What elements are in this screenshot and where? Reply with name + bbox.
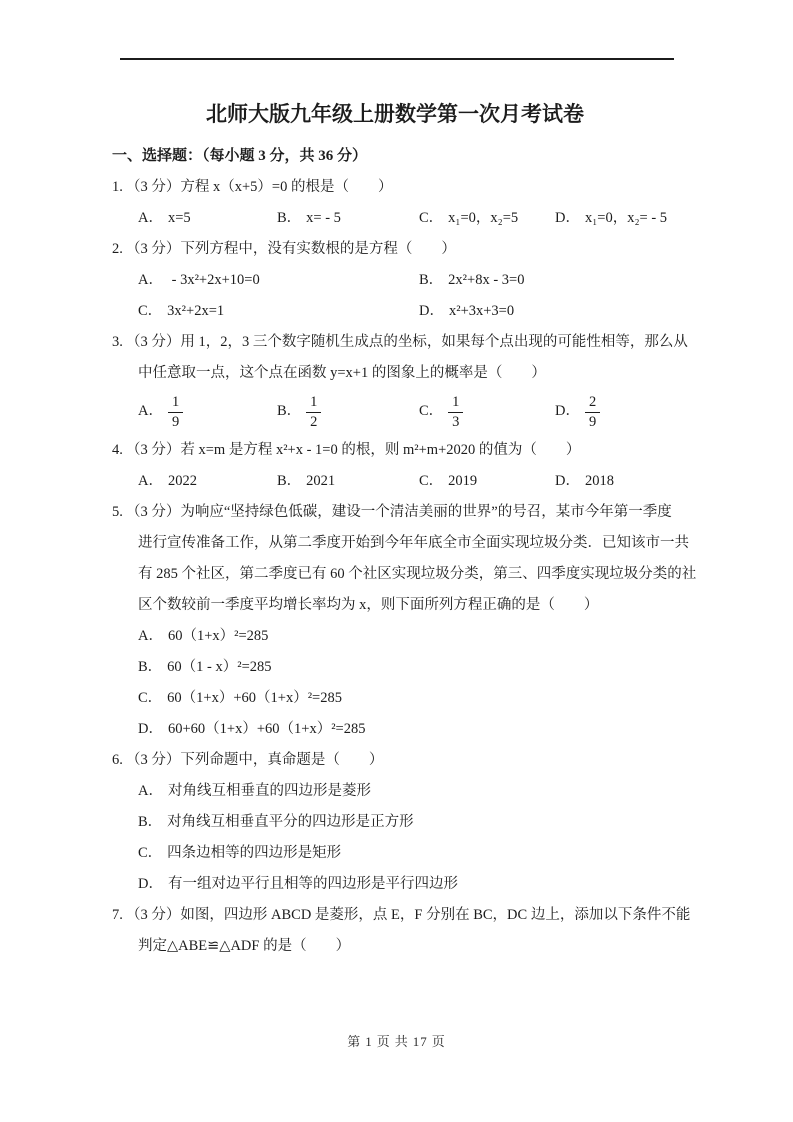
option-text: 2021 <box>306 473 335 489</box>
option-label: A． <box>138 403 163 419</box>
option-b: B．x= - 5 <box>277 203 419 234</box>
option-label: A． <box>138 210 163 226</box>
option-label: B． <box>277 210 301 226</box>
option-text: x= - 5 <box>306 210 341 226</box>
question-3-options: A．19 B．12 C．13 D．29 <box>138 389 678 435</box>
option-text: 60（1+x）²=285 <box>168 628 268 644</box>
question-1: 1.（3 分）方程 x（x+5）=0 的根是（ ） A．x=5 B．x= - 5… <box>112 172 678 234</box>
option-label: D． <box>555 473 580 489</box>
option-label: D． <box>138 876 163 892</box>
question-7: 7.（3 分）如图，四边形 ABCD 是菱形，点 E，F 分别在 BC，DC 边… <box>112 900 678 962</box>
option-label: B． <box>277 403 301 419</box>
option-text: x=5 <box>168 210 191 226</box>
question-4-options: A．2022 B．2021 C．2019 D．2018 <box>138 466 678 497</box>
option-text: 60（1 - x）²=285 <box>167 659 271 675</box>
option-label: A． <box>138 628 163 644</box>
option-text: - 3x²+2x+10=0 <box>168 272 260 288</box>
option-label: B． <box>419 272 443 288</box>
exam-document-page: 北师大版九年级上册数学第一次月考试卷 一、选择题：（每小题 3 分，共 36 分… <box>0 0 793 1122</box>
option-b: B．2x²+8x - 3=0 <box>419 265 678 296</box>
question-1-options: A．x=5 B．x= - 5 C．x₁=0，x₂=5 D．x₁=0，x₂= - … <box>138 203 678 234</box>
question-4-stem: 4.（3 分）若 x=m 是方程 x²+x - 1=0 的根，则 m²+m+20… <box>112 435 678 466</box>
fraction: 29 <box>585 394 600 431</box>
option-label: A． <box>138 272 163 288</box>
option-c: C．13 <box>419 394 555 431</box>
fraction-numerator: 2 <box>585 394 600 413</box>
option-label: D． <box>555 210 580 226</box>
question-stem-text: （3 分）方程 x（x+5）=0 的根是（ ） <box>126 179 392 195</box>
question-6-stem: 6.（3 分）下列命题中，真命题是（ ） <box>112 745 678 776</box>
question-1-stem: 1.（3 分）方程 x（x+5）=0 的根是（ ） <box>112 172 678 203</box>
fraction: 13 <box>448 394 463 431</box>
question-stem-text: （3 分）如图，四边形 ABCD 是菱形，点 E，F 分别在 BC，DC 边上，… <box>126 907 690 923</box>
option-text: 有一组对边平行且相等的四边形是平行四边形 <box>168 876 458 892</box>
option-text: 2x²+8x - 3=0 <box>448 272 524 288</box>
option-d: D．29 <box>555 394 678 431</box>
question-2-stem: 2.（3 分）下列方程中，没有实数根的是方程（ ） <box>112 234 678 265</box>
option-text: x₁=0，x₂= - 5 <box>585 210 667 226</box>
question-number: 7. <box>112 900 126 931</box>
fraction-denominator: 9 <box>585 413 600 431</box>
question-3-stem: 3.（3 分）用 1，2，3 三个数字随机生成点的坐标，如果每个点出现的可能性相… <box>112 327 678 358</box>
option-d: D．x²+3x+3=0 <box>419 296 678 327</box>
option-a: A．19 <box>138 394 277 431</box>
page-title: 北师大版九年级上册数学第一次月考试卷 <box>112 100 678 128</box>
fraction-denominator: 2 <box>306 413 321 431</box>
option-a: A．对角线互相垂直的四边形是菱形 <box>138 776 678 807</box>
fraction-denominator: 9 <box>168 413 183 431</box>
option-label: A． <box>138 473 163 489</box>
question-5-stem-cont: 进行宣传准备工作，从第二季度开始到今年年底全市全面实现垃圾分类．已知该市一共 <box>138 528 678 559</box>
option-label: D． <box>555 403 580 419</box>
option-c: C．2019 <box>419 466 555 497</box>
option-b: B．对角线互相垂直平分的四边形是正方形 <box>138 807 678 838</box>
question-2: 2.（3 分）下列方程中，没有实数根的是方程（ ） A． - 3x²+2x+10… <box>112 234 678 327</box>
option-text: 四条边相等的四边形是矩形 <box>167 845 341 861</box>
footer-label: 页 <box>432 1034 446 1049</box>
option-label: C． <box>419 210 443 226</box>
question-stem-text: （3 分）若 x=m 是方程 x²+x - 1=0 的根，则 m²+m+2020… <box>126 442 580 458</box>
option-label: A． <box>138 783 163 799</box>
question-6-options: A．对角线互相垂直的四边形是菱形 B．对角线互相垂直平分的四边形是正方形 C．四… <box>138 776 678 900</box>
question-6: 6.（3 分）下列命题中，真命题是（ ） A．对角线互相垂直的四边形是菱形 B．… <box>112 745 678 900</box>
question-4: 4.（3 分）若 x=m 是方程 x²+x - 1=0 的根，则 m²+m+20… <box>112 435 678 497</box>
option-text: 60+60（1+x）+60（1+x）²=285 <box>168 721 365 737</box>
option-text: 60（1+x）+60（1+x）²=285 <box>167 690 342 706</box>
question-number: 3. <box>112 327 126 358</box>
option-text: 2018 <box>585 473 614 489</box>
question-5-stem-cont: 区个数较前一季度平均增长率均为 x，则下面所列方程正确的是（ ） <box>138 590 678 621</box>
option-text: x²+3x+3=0 <box>449 303 514 319</box>
question-number: 1. <box>112 172 126 203</box>
fraction-numerator: 1 <box>168 394 183 413</box>
option-label: D． <box>419 303 444 319</box>
option-c: C．3x²+2x=1 <box>138 296 419 327</box>
option-b: B．60（1 - x）²=285 <box>138 652 678 683</box>
option-c: C．四条边相等的四边形是矩形 <box>138 838 678 869</box>
fraction-numerator: 1 <box>448 394 463 413</box>
option-text: 对角线互相垂直平分的四边形是正方形 <box>167 814 414 830</box>
page-footer: 第1页共17页 <box>0 1031 793 1050</box>
question-5-options: A．60（1+x）²=285 B．60（1 - x）²=285 C．60（1+x… <box>138 621 678 745</box>
question-stem-text: （3 分）下列方程中，没有实数根的是方程（ ） <box>126 241 456 257</box>
option-text: 2019 <box>448 473 477 489</box>
option-label: C． <box>138 690 162 706</box>
question-number: 6. <box>112 745 126 776</box>
option-d: D．60+60（1+x）+60（1+x）²=285 <box>138 714 678 745</box>
option-label: D． <box>138 721 163 737</box>
option-c: C．x₁=0，x₂=5 <box>419 203 555 234</box>
option-text: x₁=0，x₂=5 <box>448 210 518 226</box>
question-5: 5.（3 分）为响应“坚持绿色低碳，建设一个清洁美丽的世界”的号召，某市今年第一… <box>112 497 678 745</box>
option-label: C． <box>138 303 162 319</box>
question-7-stem: 7.（3 分）如图，四边形 ABCD 是菱形，点 E，F 分别在 BC，DC 边… <box>112 900 678 931</box>
question-number: 5. <box>112 497 126 528</box>
question-5-stem-cont: 有 285 个社区，第二季度已有 60 个社区实现垃圾分类，第三、四季度实现垃圾… <box>138 559 678 590</box>
option-a: A．x=5 <box>138 203 277 234</box>
option-label: C． <box>419 403 443 419</box>
option-text: 对角线互相垂直的四边形是菱形 <box>168 783 371 799</box>
option-label: C． <box>138 845 162 861</box>
option-label: B． <box>277 473 301 489</box>
section-heading: 一、选择题：（每小题 3 分，共 36 分） <box>112 141 678 172</box>
fraction-numerator: 1 <box>306 394 321 413</box>
question-3: 3.（3 分）用 1，2，3 三个数字随机生成点的坐标，如果每个点出现的可能性相… <box>112 327 678 435</box>
option-b: B．2021 <box>277 466 419 497</box>
option-c: C．60（1+x）+60（1+x）²=285 <box>138 683 678 714</box>
option-d: D．2018 <box>555 466 678 497</box>
footer-label: 第 <box>347 1034 361 1049</box>
option-d: D．有一组对边平行且相等的四边形是平行四边形 <box>138 869 678 900</box>
question-2-options: A． - 3x²+2x+10=0 B．2x²+8x - 3=0 C．3x²+2x… <box>138 265 678 327</box>
option-text: 3x²+2x=1 <box>167 303 224 319</box>
option-d: D．x₁=0，x₂= - 5 <box>555 203 678 234</box>
total-pages: 17 <box>413 1034 428 1049</box>
option-b: B．12 <box>277 394 419 431</box>
question-7-stem-cont: 判定△ABE≌△ADF 的是（ ） <box>138 931 678 962</box>
question-stem-text: （3 分）下列命题中，真命题是（ ） <box>126 752 383 768</box>
option-label: B． <box>138 659 162 675</box>
fraction: 19 <box>168 394 183 431</box>
question-stem-text: （3 分）为响应“坚持绿色低碳，建设一个清洁美丽的世界”的号召，某市今年第一季度 <box>126 504 672 520</box>
option-label: B． <box>138 814 162 830</box>
footer-label: 共 <box>395 1034 409 1049</box>
option-text: 2022 <box>168 473 197 489</box>
option-a: A．60（1+x）²=285 <box>138 621 678 652</box>
option-a: A．2022 <box>138 466 277 497</box>
question-5-stem: 5.（3 分）为响应“坚持绿色低碳，建设一个清洁美丽的世界”的号召，某市今年第一… <box>112 497 678 528</box>
fraction: 12 <box>306 394 321 431</box>
option-label: C． <box>419 473 443 489</box>
question-3-stem-cont: 中任意取一点，这个点在函数 y=x+1 的图象上的概率是（ ） <box>138 358 678 389</box>
page-content: 北师大版九年级上册数学第一次月考试卷 一、选择题：（每小题 3 分，共 36 分… <box>112 0 678 962</box>
question-number: 2. <box>112 234 126 265</box>
question-stem-text: （3 分）用 1，2，3 三个数字随机生成点的坐标，如果每个点出现的可能性相等，… <box>126 334 688 350</box>
option-a: A． - 3x²+2x+10=0 <box>138 265 419 296</box>
page-number: 1 <box>365 1034 373 1049</box>
footer-label: 页 <box>377 1034 391 1049</box>
fraction-denominator: 3 <box>448 413 463 431</box>
question-number: 4. <box>112 435 126 466</box>
